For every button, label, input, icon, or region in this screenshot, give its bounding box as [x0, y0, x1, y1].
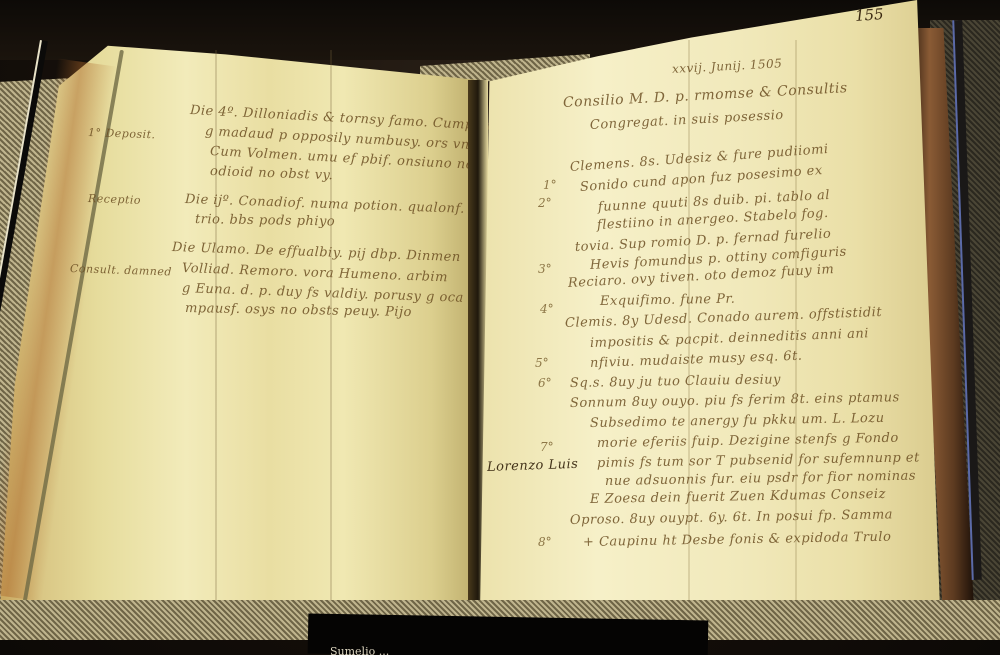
margin-numeral: 1°	[543, 178, 557, 192]
margin-numeral: 5°	[535, 356, 549, 370]
margin-numeral: 7°	[540, 440, 554, 454]
margin-numeral: 4°	[540, 302, 554, 316]
photo-scene: 1° Deposit. Receptio Consult. damned Die…	[0, 0, 1000, 655]
folio-number: 155	[854, 5, 884, 25]
right-text-line: Exquifimo. fune Pr.	[600, 292, 736, 309]
margin-numeral: 8°	[538, 535, 552, 549]
margin-signature: Lorenzo Luis	[487, 457, 579, 475]
margin-numeral: 3°	[538, 262, 552, 276]
left-margin-note: Receptio	[88, 192, 141, 207]
caption-text: Sumelio ...	[330, 645, 389, 655]
margin-numeral: 6°	[538, 376, 552, 390]
left-text-line: trio. bbs pods phiyo	[195, 212, 335, 229]
margin-numeral: 2°	[538, 196, 552, 210]
left-margin-note: 1° Deposit.	[88, 126, 156, 141]
